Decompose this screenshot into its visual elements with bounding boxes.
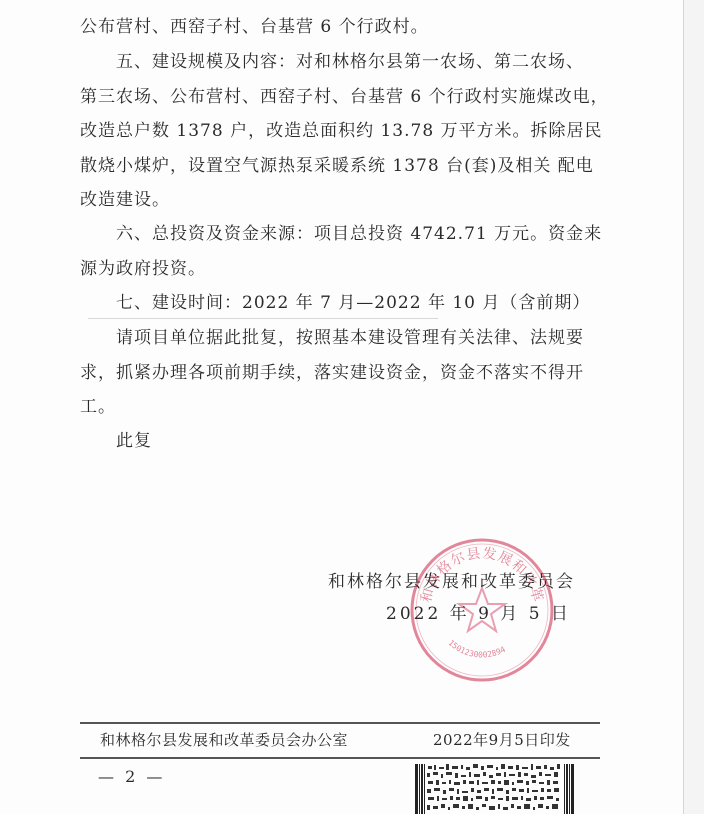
footer-issuer: 和林格尔县发展和改革委员会办公室: [100, 729, 348, 750]
footer-top-rule: [80, 722, 600, 724]
footer-bottom-rule: [80, 757, 600, 759]
paragraph-instruction: 请项目单位据此批复，按照基本建设管理有关法律、法规要 求，抓紧办理各项前期手续，…: [80, 321, 600, 425]
seal-code: 1501230002894: [447, 638, 508, 659]
text-line: 请项目单位据此批复，按照基本建设管理有关法律、法规要: [80, 321, 600, 356]
text-line: 源为政府投资。: [80, 252, 600, 287]
signature-date: 2022 年 9 月 5 日: [386, 599, 571, 629]
text-line: 六、总投资及资金来源：项目总投资 4742.71 万元。资金来: [80, 217, 600, 252]
signature-organization: 和林格尔县发展和改革委员会: [328, 567, 575, 597]
text-line: 公布营村、西窑子村、台基营 6 个行政村。: [80, 10, 600, 45]
paragraph-section-6-investment: 六、总投资及资金来源：项目总投资 4742.71 万元。资金来 源为政府投资。: [80, 217, 600, 286]
paragraph-closing: 此复: [80, 424, 600, 459]
paragraph-villages-continued: 公布营村、西窑子村、台基营 6 个行政村。: [80, 10, 600, 45]
barcode-icon: [415, 764, 575, 814]
document-page: 公布营村、西窑子村、台基营 6 个行政村。 五、建设规模及内容：对和林格尔县第一…: [0, 0, 684, 814]
svg-text:1501230002894: 1501230002894: [447, 638, 508, 659]
text-line: 第三农场、公布营村、西窑子村、台基营 6 个行政村实施煤改电，: [80, 80, 600, 115]
text-line: 七、建设时间：2022 年 7 月—2022 年 10 月（含前期）: [80, 286, 600, 321]
text-line: 五、建设规模及内容：对和林格尔县第一农场、第二农场、: [80, 45, 600, 80]
text-line: 此复: [80, 424, 600, 459]
text-line: 改造建设。: [80, 183, 600, 218]
paragraph-section-7-schedule: 七、建设时间：2022 年 7 月—2022 年 10 月（含前期）: [80, 286, 600, 321]
page-number: — 2 —: [98, 767, 165, 786]
text-line: 改造总户数 1378 户，改造总面积约 13.78 万平方米。拆除居民: [80, 114, 600, 149]
text-line: 工。: [80, 390, 600, 425]
text-line: 求，抓紧办理各项前期手续，落实建设资金，资金不落实不得开: [80, 356, 600, 391]
text-line: 散烧小煤炉，设置空气源热泵采暖系统 1378 台(套)及相关 配电: [80, 149, 600, 184]
bleed-through-rule: [88, 318, 438, 319]
paragraph-section-5-scale: 五、建设规模及内容：对和林格尔县第一农场、第二农场、 第三农场、公布营村、西窑子…: [80, 45, 600, 218]
footer-issue-date: 2022年9月5日印发: [433, 729, 571, 750]
